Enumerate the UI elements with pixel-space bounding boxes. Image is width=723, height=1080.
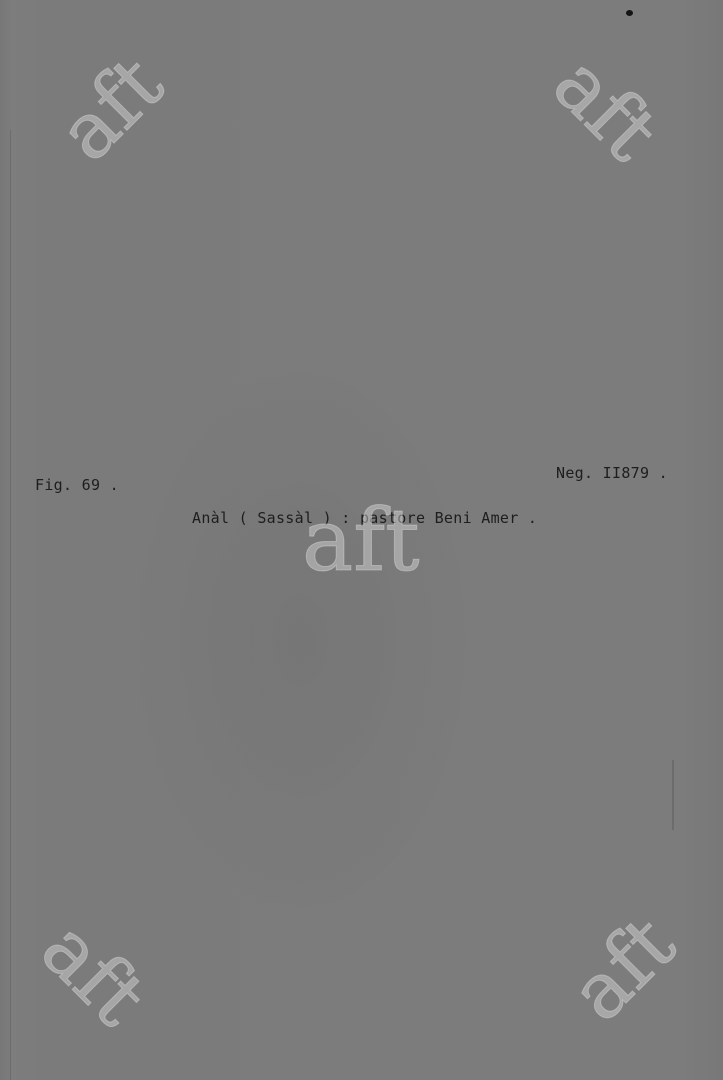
figure-number: Fig. 69 . bbox=[35, 476, 119, 494]
watermark-top-right: aft bbox=[540, 44, 671, 175]
dust-speck bbox=[626, 10, 633, 16]
watermark-top-left: aft bbox=[46, 44, 177, 175]
negative-number: Neg. II879 . bbox=[556, 464, 668, 482]
scan-edge-line bbox=[10, 130, 11, 1080]
watermark-bottom-left: aft bbox=[28, 909, 159, 1040]
scan-mark bbox=[672, 760, 674, 830]
watermark-bottom-right: aft bbox=[558, 904, 689, 1035]
watermark-center: aft bbox=[302, 498, 420, 584]
